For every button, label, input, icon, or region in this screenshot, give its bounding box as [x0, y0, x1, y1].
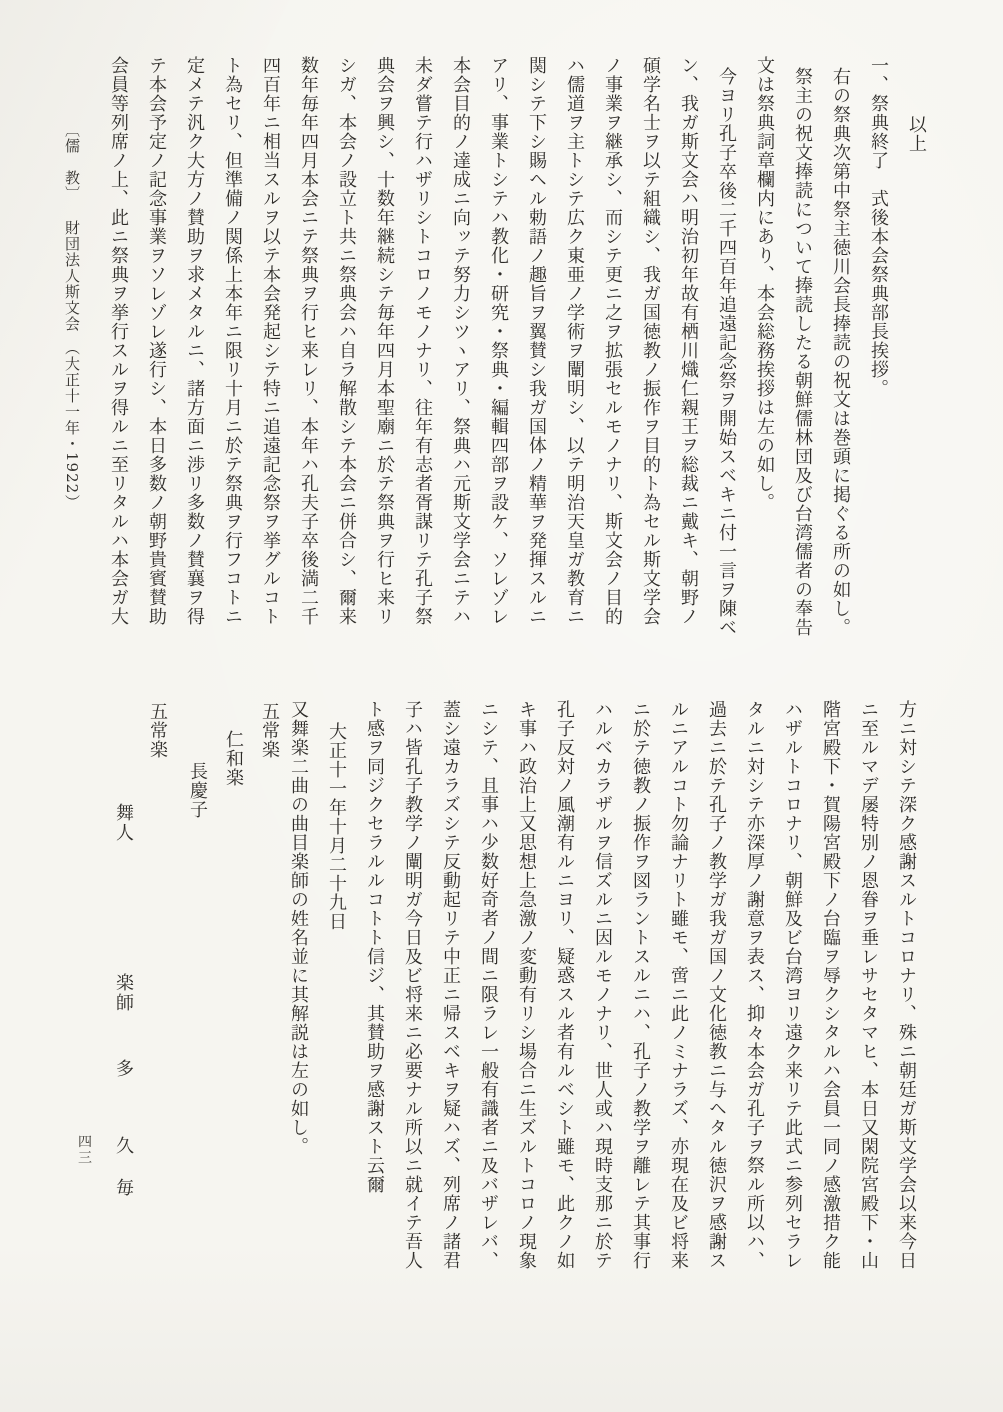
text-column: 本会目的ノ達成ニ向ッテ努力シツヽアリ、祭典ハ元斯文学会ニテハ [441, 56, 479, 656]
text-column: 会員等列席ノ上、此ニ祭典ヲ挙行スルヲ得ルニ至リタルハ本会ガ大 [99, 56, 137, 656]
text-column: ルニアルコト勿論ナリト雖モ、啻ニ此ノミナラズ、亦現在及ビ将来 [659, 700, 697, 1300]
category-label: 〔儒 教〕 [62, 122, 83, 202]
closing-line: 以上 [897, 56, 935, 656]
source-year: （大正十一年・1922） [62, 340, 83, 510]
performers-column: 舞人楽師多久毎 [110, 803, 136, 1243]
text-column: テ本会予定ノ記念事業ヲソレゾレ遂行シ、本日多数ノ朝野貴賓賛助 [137, 56, 175, 656]
text-column: 文は祭典詞章欄内にあり、本会総務挨拶は左の如し。 [745, 56, 783, 656]
text-column: 右の祭典次第中祭主徳川会長捧読の祝文は巻頭に掲ぐる所の如し。 [821, 56, 859, 656]
program-piece: 長慶子 [179, 702, 215, 912]
page-number: 四三 [74, 1134, 94, 1166]
date-line: 大正十一年十月二十九日 [317, 700, 355, 1300]
source-name: 財団法人斯文会 [62, 220, 83, 332]
text-column: 蓋シ遠カラズシテ反動起リテ中正ニ帰スベキヲ疑ハズ、列席ノ諸君 [431, 700, 469, 1300]
text-column: 数年毎年四月本会ニテ祭典ヲ行ヒ来レリ、本年ハ孔夫子卒後満二千 [289, 56, 327, 656]
dancer-label: 舞人 [110, 803, 136, 843]
musician-name: 毎 [110, 1178, 136, 1198]
text-column: ニシテ、且事ハ少数好奇者ノ間ニ限ラレ一般有識者ニ及バザレバ、 [469, 700, 507, 1300]
text-column: ハザルトコロナリ、朝鮮及ビ台湾ヨリ遠ク来リテ此式ニ参列セラレ [773, 700, 811, 1300]
musician-name: 久 [110, 1136, 136, 1156]
text-column: 碩学名士ヲ以テ組織シ、我ガ国徳教ノ振作ヲ目的ト為セル斯文学会 [631, 56, 669, 656]
margin-source-label: 〔儒 教〕財団法人斯文会（大正十一年・1922） [62, 122, 83, 462]
text-column: 方ニ対シテ深ク感謝スルトコロナリ、殊ニ朝廷ガ斯文学会以来今日 [887, 700, 925, 1300]
program-piece: 五常楽 [139, 702, 175, 912]
text-column: ン、我ガ斯文会ハ明治初年故有栖川熾仁親王ヲ総裁ニ戴キ、朝野ノ [669, 56, 707, 656]
text-column: 関シテ下シ賜ヘル勅語ノ趣旨ヲ翼賛シ我ガ国体ノ精華ヲ発揮スルニ [517, 56, 555, 656]
text-column: 階宮殿下・賀陽宮殿下ノ台臨ヲ辱クシタルハ会員一同ノ感激措ク能 [811, 700, 849, 1300]
text-column: アリ、事業トシテハ教化・研究・祭典・編輯四部ヲ設ケ、ソレゾレ [479, 56, 517, 656]
text-column: 過去ニ於テ孔子ノ教学ガ我ガ国ノ文化徳教ニ与ヘタル徳沢ヲ感謝ス [697, 700, 735, 1300]
text-column: キ事ハ政治上又思想上急激ノ変動有リシ場合ニ生ズルトコロノ現象 [507, 700, 545, 1300]
text-column: シガ、本会ノ設立ト共ニ祭典会ハ自ラ解散シテ本会ニ併合シ、爾来 [327, 56, 365, 656]
text-column: 祭主の祝文捧読について捧読したる朝鮮儒林団及び台湾儒者の奉告 [783, 56, 821, 656]
text-column: 未ダ嘗テ行ハザリシトコロノモノナリ、往年有志者胥謀リテ孔子祭 [403, 56, 441, 656]
text-column: 今ヨリ孔子卒後二千四百年追遠記念祭ヲ開始スベキニ付一言ヲ陳ベ [707, 56, 745, 656]
program-list: 五常楽 仁和楽 長慶子 五常楽 [137, 702, 287, 912]
text-column: ノ事業ヲ継承シ、而シテ更ニ之ヲ拡張セルモノナリ、斯文会ノ目的 [593, 56, 631, 656]
program-piece: 五常楽 [251, 702, 287, 912]
upper-text-block: 以上 一、祭典終了 式後本会祭典部長挨拶。 右の祭典次第中祭主徳川会長捧読の祝文… [95, 56, 935, 656]
text-column: 典会ヲ興シ、十数年継続シテ毎年四月本聖廟ニ於テ祭典ヲ行ヒ来リ [365, 56, 403, 656]
text-column: 定メテ汎ク大方ノ賛助ヲ求メタルニ、諸方面ニ渉リ多数ノ賛襄ヲ得 [175, 56, 213, 656]
text-column: ト為セリ、但準備ノ関係上本年ニ限リ十月ニ於テ祭典ヲ行フコトニ [213, 56, 251, 656]
text-column: ニ於テ徳教ノ振作ヲ図ラントスルニハ、孔子ノ教学ヲ離レテ其事行 [621, 700, 659, 1300]
text-column: 四百年ニ相当スルヲ以テ本会発起シテ特ニ追遠記念祭ヲ挙グルコト [251, 56, 289, 656]
lower-text-block: 方ニ対シテ深ク感謝スルトコロナリ、殊ニ朝廷ガ斯文学会以来今日 ニ至ルマデ屡特別ノ… [275, 700, 925, 1300]
text-column: ト感ヲ同ジクセラルルコトト信ジ、其賛助ヲ感謝スト云爾 [355, 700, 393, 1300]
musician-label: 楽師 [110, 973, 136, 1013]
text-column: 孔子反対ノ風潮有ルニヨリ、疑惑スル者有ルベシト雖モ、此クノ如 [545, 700, 583, 1300]
text-column: ハ儒道ヲ主トシテ広ク東亜ノ学術ヲ闡明シ、以テ明治天皇ガ教育ニ [555, 56, 593, 656]
text-column: 子ハ皆孔子教学ノ闡明ガ今日及ビ将来ニ必要ナル所以ニ就イテ吾人 [393, 700, 431, 1300]
text-column: ニ至ルマデ屡特別ノ恩眷ヲ垂レサセタマヒ、本日又閑院宮殿下・山 [849, 700, 887, 1300]
program-piece: 仁和楽 [215, 702, 251, 912]
text-column: ハルベカラザルヲ信ズルニ因ルモノナリ、世人或ハ現時支那ニ於テ [583, 700, 621, 1300]
text-column: タルニ対シテ亦深厚ノ謝意ヲ表ス、抑々本会ガ孔子ヲ祭ル所以ハ、 [735, 700, 773, 1300]
scanned-document-page: 以上 一、祭典終了 式後本会祭典部長挨拶。 右の祭典次第中祭主徳川会長捧読の祝文… [0, 0, 1003, 1412]
musician-name: 多 [110, 1059, 136, 1079]
section-heading: 一、祭典終了 式後本会祭典部長挨拶。 [859, 56, 897, 656]
